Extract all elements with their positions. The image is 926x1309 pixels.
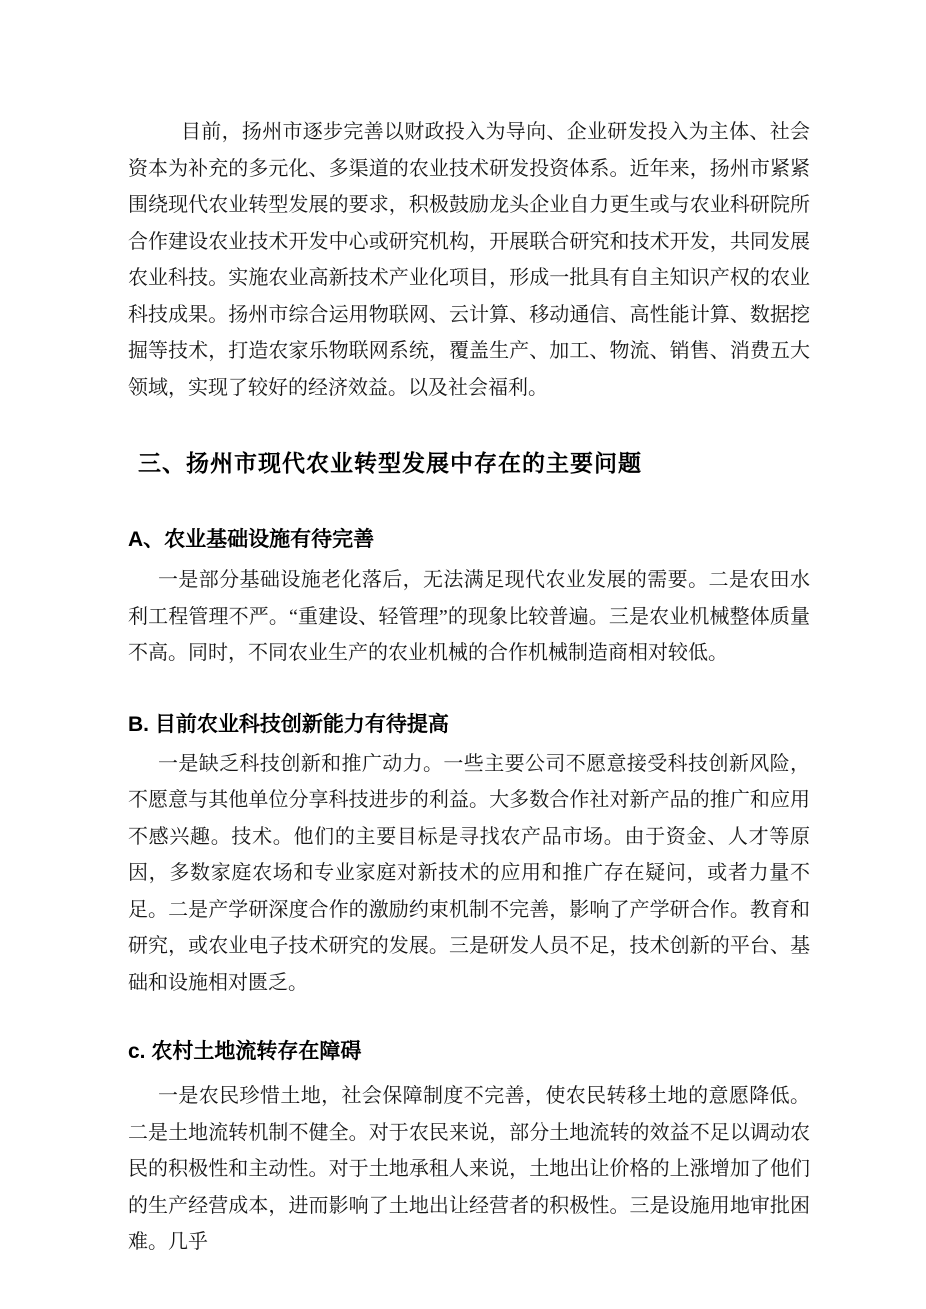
section-c-paragraph: 一是农民珍惜土地，社会保障制度不完善，使农民转移土地的意愿降低。二是土地流转机制… (128, 1078, 810, 1261)
section-c-heading: c. 农村土地流转存在障碍 (128, 1037, 810, 1067)
section-a-heading: A、农业基础设施有待完善 (128, 525, 810, 555)
section-b: B. 目前农业科技创新能力有待提高 一是缺乏科技创新和推广动力。一些主要公司不愿… (128, 710, 810, 1002)
section-a-paragraph: 一是部分基础设施老化落后，无法满足现代农业发展的需要。二是农田水利工程管理不严。… (128, 562, 810, 672)
section-b-paragraph: 一是缺乏科技创新和推广动力。一些主要公司不愿意接受科技创新风险，不愿意与其他单位… (128, 746, 810, 1002)
section-a: A、农业基础设施有待完善 一是部分基础设施老化落后，无法满足现代农业发展的需要。… (128, 525, 810, 672)
main-heading: 三、扬州市现代农业转型发展中存在的主要问题 (138, 445, 810, 481)
section-b-heading: B. 目前农业科技创新能力有待提高 (128, 710, 810, 740)
intro-paragraph: 目前，扬州市逐步完善以财政投入为导向、企业研发投入为主体、社会资本为补充的多元化… (128, 114, 810, 406)
document-page: 目前，扬州市逐步完善以财政投入为导向、企业研发投入为主体、社会资本为补充的多元化… (128, 0, 810, 1261)
section-c: c. 农村土地流转存在障碍 一是农民珍惜土地，社会保障制度不完善，使农民转移土地… (128, 1037, 810, 1261)
